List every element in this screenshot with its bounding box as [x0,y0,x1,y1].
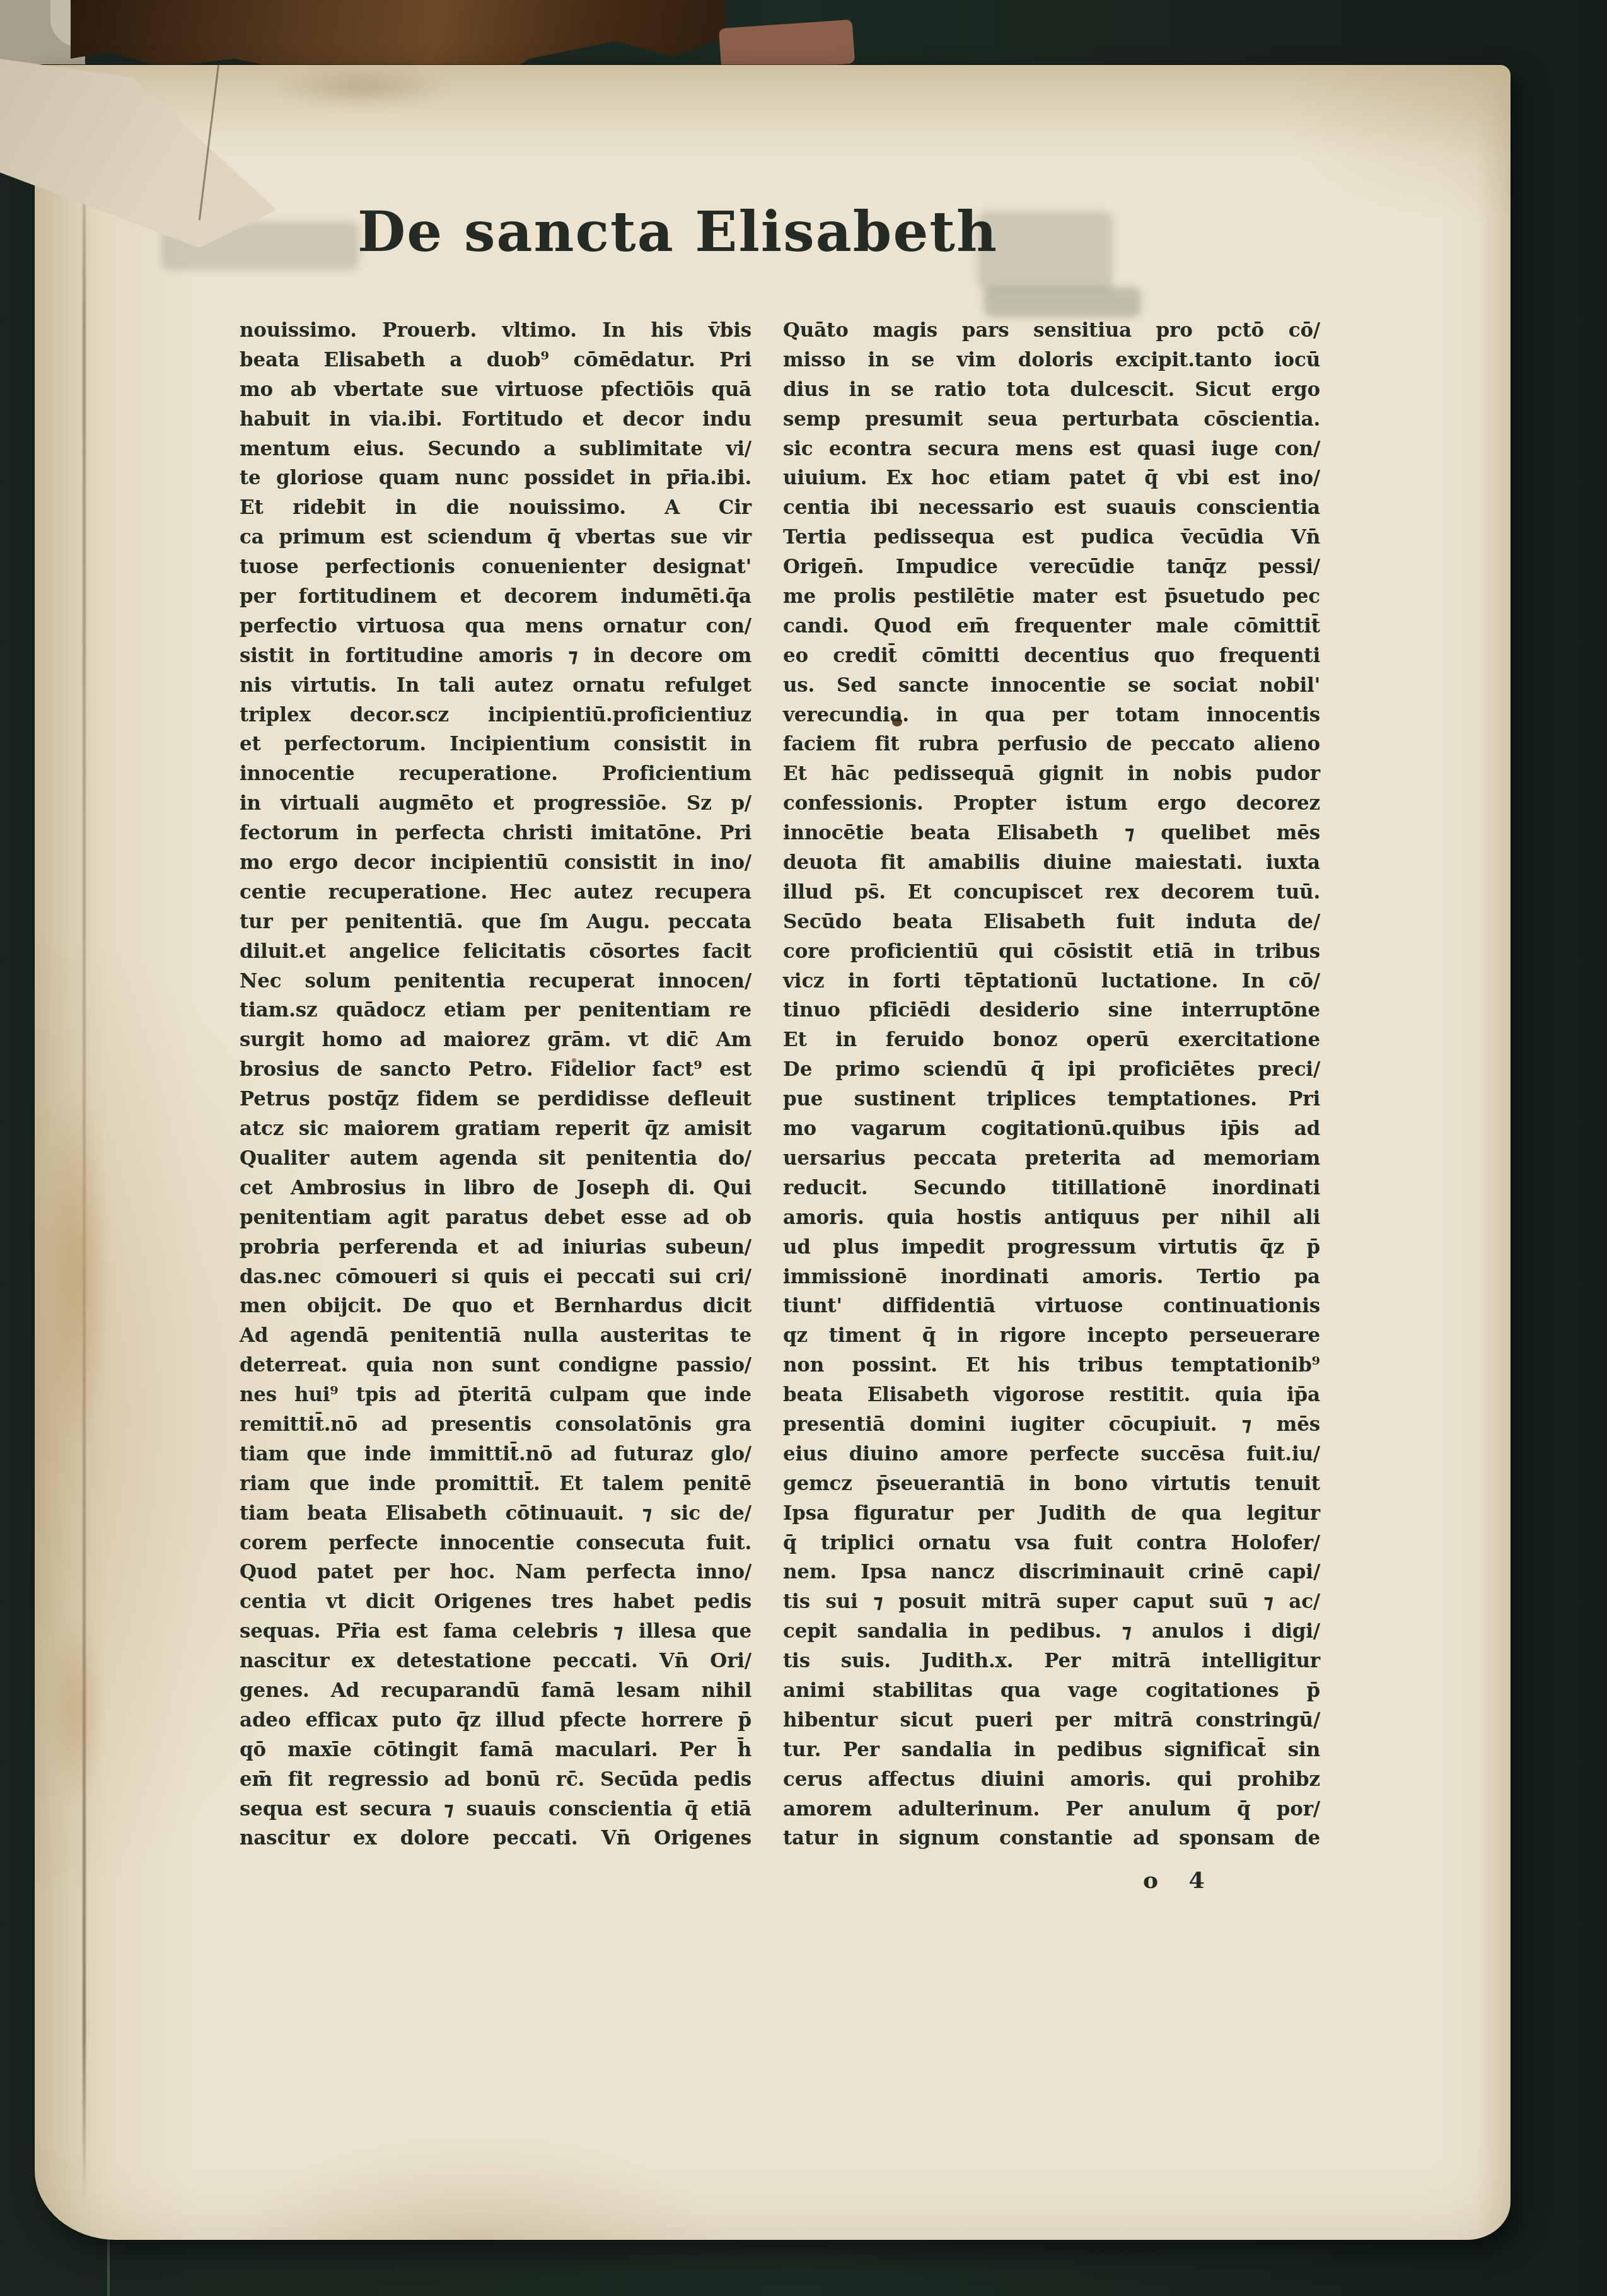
text-line: cepit sandalia in pedibus. ⁊ anulos i di… [783,1617,1320,1646]
quire-signature: o 4 [1143,1867,1205,1894]
text-line: fectorum in perfecta christi imitatōne. … [240,819,751,848]
text-line: us. Sed sancte innocentie se sociat nobi… [783,671,1320,701]
text-line: tur. Per sandalia in pedibus significat̄… [783,1735,1320,1765]
text-line: cerus affectus diuini amoris. qui prohib… [783,1765,1320,1795]
text-line: Qualiter autem agenda sit penitentia do/ [240,1144,751,1174]
text-line: sequas. Pr̄ia est fama celebris ⁊ illesa… [240,1617,751,1646]
text-line: te gloriose quam nunc possidet in pr̄ia.… [240,463,751,493]
text-line: sequa est secura ⁊ suauis conscientia q̄… [240,1795,751,1824]
torn-page-edge [0,59,277,248]
text-line: Et ridebit in die nouissimo. A Cir [240,493,751,523]
text-line: mo ergo decor incipientiū consistit in i… [240,848,751,878]
text-line: perfectio virtuosa qua mens ornatur con/ [240,612,751,641]
text-line: centie recuperatione. Hec autez recupera [240,878,751,907]
text-line: q̄ triplici ornatu vsa fuit contra Holof… [783,1529,1320,1558]
water-stain [38,1578,113,1843]
text-line: Quod patet per hoc. Nam perfecta inno/ [240,1558,751,1587]
text-line: Ad agendā penitentiā nulla austeritas te [240,1321,751,1351]
text-line: corem perfecte innocentie consecuta fuit… [240,1529,751,1558]
text-line: Secūdo beata Elisabeth fuit induta de/ [783,907,1320,937]
text-line: ud plus impedit progressum virtutis q̄z … [783,1233,1320,1262]
text-line: Nec solum penitentia recuperat innocen/ [240,967,751,996]
text-line: tis sui ⁊ posuit mitrā super caput suū ⁊… [783,1587,1320,1617]
text-line: faciem fit rubra perfusio de peccato ali… [783,730,1320,759]
text-line: candi. Quod em̄ frequenter male cōmittit… [783,612,1320,641]
text-line: De primo sciendū q̄ ipi proficiētes prec… [783,1055,1320,1085]
text-line: surgit homo ad maiorez grām. vt dic̄ Am [240,1025,751,1055]
text-line: centia ibi necessario est suauis conscie… [783,493,1320,523]
text-line: probria perferenda et ad iniurias subeun… [240,1233,751,1262]
text-line: tis suis. Judith.x. Per mitrā intelligit… [783,1646,1320,1676]
text-line: riam que inde promittit̄. Et talem penit… [240,1469,751,1499]
text-line: das.nec cōmoueri si quis ei peccati sui … [240,1262,751,1292]
text-line: nascitur ex detestatione peccati. Vn̄ Or… [240,1646,751,1676]
text-line: habuit in via.ibi. Fortitudo et decor in… [240,405,751,434]
text-line: me prolis pestilētie mater est p̄suetudo… [783,582,1320,612]
text-line: innocētie beata Elisabeth ⁊ quelibet mēs [783,819,1320,848]
text-line: genes. Ad recuparandū famā lesam nihil [240,1676,751,1706]
text-line: Quāto magis pars sensitiua pro pctō cō/ [783,316,1320,346]
text-line: verecundia. in qua per totam innocentis [783,701,1320,730]
book-page: De sancta Elisabeth nouissimo. Prouerb. … [35,65,1511,2240]
text-line: misso in se vim doloris excipit.tanto io… [783,346,1320,375]
text-line: nem. Ipsa nancz discriminauit crinē capi… [783,1558,1320,1587]
text-line: amorem adulterinum. Per anulum q̄ por/ [783,1795,1320,1824]
text-line: animi stabilitas qua vage cogitationes p… [783,1676,1320,1706]
text-line: mo ab vbertate sue virtuose pfectiōis qu… [240,375,751,405]
text-line: pue sustinent triplices temptationes. Pr… [783,1085,1320,1114]
text-line: uiuium. Ex hoc etiam patet q̄ vbi est in… [783,463,1320,493]
text-line: tiam beata Elisabeth cōtinuauit. ⁊ sic d… [240,1499,751,1529]
text-line: confessionis. Propter istum ergo decorez [783,789,1320,819]
text-line: ca primum est sciendum q̄ vbertas sue vi… [240,523,751,552]
text-line: deterreat. quia non sunt condigne passio… [240,1351,751,1380]
text-line: non possint. Et his tribus temptationib⁹ [783,1351,1320,1380]
text-line: nascitur ex dolore peccati. Vn̄ Origenes [240,1824,751,1853]
text-line: brosius de sancto Petro. Fidelior fact⁹ … [240,1055,751,1085]
text-line: uersarius peccata preterita ad memoriam [783,1144,1320,1174]
text-line: innocentie recuperatione. Proficientium [240,759,751,789]
text-line: nis virtutis. In tali autez ornatu reful… [240,671,751,701]
text-line: tiam que inde immittit̄.nō ad futuraz gl… [240,1440,751,1469]
text-line: Et hāc pedissequā gignit in nobis pudor [783,759,1320,789]
text-column-right: Quāto magis pars sensitiua pro pctō cō/m… [783,316,1320,1853]
text-line: adeo efficax puto q̄z illud pfecte horre… [240,1706,751,1735]
book-photograph: De sancta Elisabeth nouissimo. Prouerb. … [0,0,1607,2296]
text-line: Petrus postq̄z fidem se perdidisse defle… [240,1085,751,1114]
text-line: cet Ambrosius in libro de Joseph di. Qui [240,1174,751,1203]
text-line: centia vt dicit Origenes tres habet pedi… [240,1587,751,1617]
text-line: Ipsa figuratur per Judith de qua legitur [783,1499,1320,1529]
text-line: beata Elisabeth a duob⁹ cōmēdatur. Pri [240,346,751,375]
text-line: sic econtra secura mens est quasi iuge c… [783,434,1320,464]
text-line: hibentur sicut pueri per mitrā constring… [783,1706,1320,1735]
text-line: core proficientiū qui cōsistit etiā in t… [783,937,1320,967]
text-line: et perfectorum. Incipientium consistit i… [240,730,751,759]
text-line: tiunt' diffidentiā virtuose continuation… [783,1291,1320,1321]
text-column-left: nouissimo. Prouerb. vltimo. In his v̄bis… [240,316,751,1853]
text-line: gemcz p̄seuerantiā in bono virtutis tenu… [783,1469,1320,1499]
text-line: atcz sic maiorem gratiam reperit q̄z ami… [240,1114,751,1144]
text-line: nouissimo. Prouerb. vltimo. In his v̄bis [240,316,751,346]
text-line: triplex decor.scz incipientiū.proficient… [240,701,751,730]
text-line: men obijcit. De quo et Bernhardus dicit [240,1291,751,1321]
text-line: reducit. Secundo titillationē inordinati [783,1174,1320,1203]
text-line: deuota fit amabilis diuine maiestati. iu… [783,848,1320,878]
text-line: eius diuino amore perfecte succēsa fuit.… [783,1440,1320,1469]
text-line: penitentiam agit paratus debet esse ad o… [240,1203,751,1233]
text-line: presentiā domini iugiter cōcupiuit. ⁊ mē… [783,1410,1320,1440]
text-line: nes hui⁹ tpis ad p̄teritā culpam que ind… [240,1380,751,1410]
text-line: semp presumit seua perturbata cōscientia… [783,405,1320,434]
text-line: illud ps̄. Et concupiscet rex decorem tu… [783,878,1320,907]
text-line: tur per penitentiā. que ſm Augu. peccata [240,907,751,937]
text-line: Origen̄. Impudice verecūdie tanq̄z pessi… [783,552,1320,582]
text-line: qz timent q̄ in rigore incepto perseuera… [783,1321,1320,1351]
text-line: eo credit̄ cōmitti decentius quo frequen… [783,641,1320,671]
text-line: tiam.sz quādocz etiam per penitentiam re [240,996,751,1025]
text-line: diluit.et angelice felicitatis cōsortes … [240,937,751,967]
text-line: vicz in forti tēptationū luctatione. In … [783,967,1320,996]
text-line: amoris. quia hostis antiquus per nihil a… [783,1203,1320,1233]
text-line: remittit̄.nō ad presentis consolatōnis g… [240,1410,751,1440]
text-line: Tertia pedissequa est pudica v̄ecūdia Vn… [783,523,1320,552]
text-line: sistit in fortitudine amoris ⁊ in decore… [240,641,751,671]
text-line: per fortitudinem et decorem indumēti.q̄a [240,582,751,612]
text-line: mentum eius. Secundo a sublimitate vi/ [240,434,751,464]
text-line: mo vagarum cogitationū.quibus ip̄is ad [783,1114,1320,1144]
text-line: tuose perfectionis conuenienter designat… [240,552,751,582]
text-line: dius in se ratio tota dulcescit. Sicut e… [783,375,1320,405]
text-line: immissionē inordinati amoris. Tertio pa [783,1262,1320,1292]
text-line: qō maxīe cōtingit famā maculari. Per h̄ [240,1735,751,1765]
text-line: in virtuali augmēto et progressiōe. Sz p… [240,789,751,819]
text-line: em̄ fit regressio ad bonū rc̄. Secūda pe… [240,1765,751,1795]
ink-offset-smudge [983,287,1141,317]
text-line: tinuo pficiēdi desiderio sine interruptō… [783,996,1320,1025]
text-line: beata Elisabeth vigorose restitit. quia … [783,1380,1320,1410]
text-line: tatur in signum constantie ad sponsam de [783,1824,1320,1853]
water-stain [243,59,482,115]
text-line: Et in feruido bonoz operū exercitatione [783,1025,1320,1055]
page-title: De sancta Elisabeth [299,199,1056,264]
water-stain [28,1023,123,1515]
